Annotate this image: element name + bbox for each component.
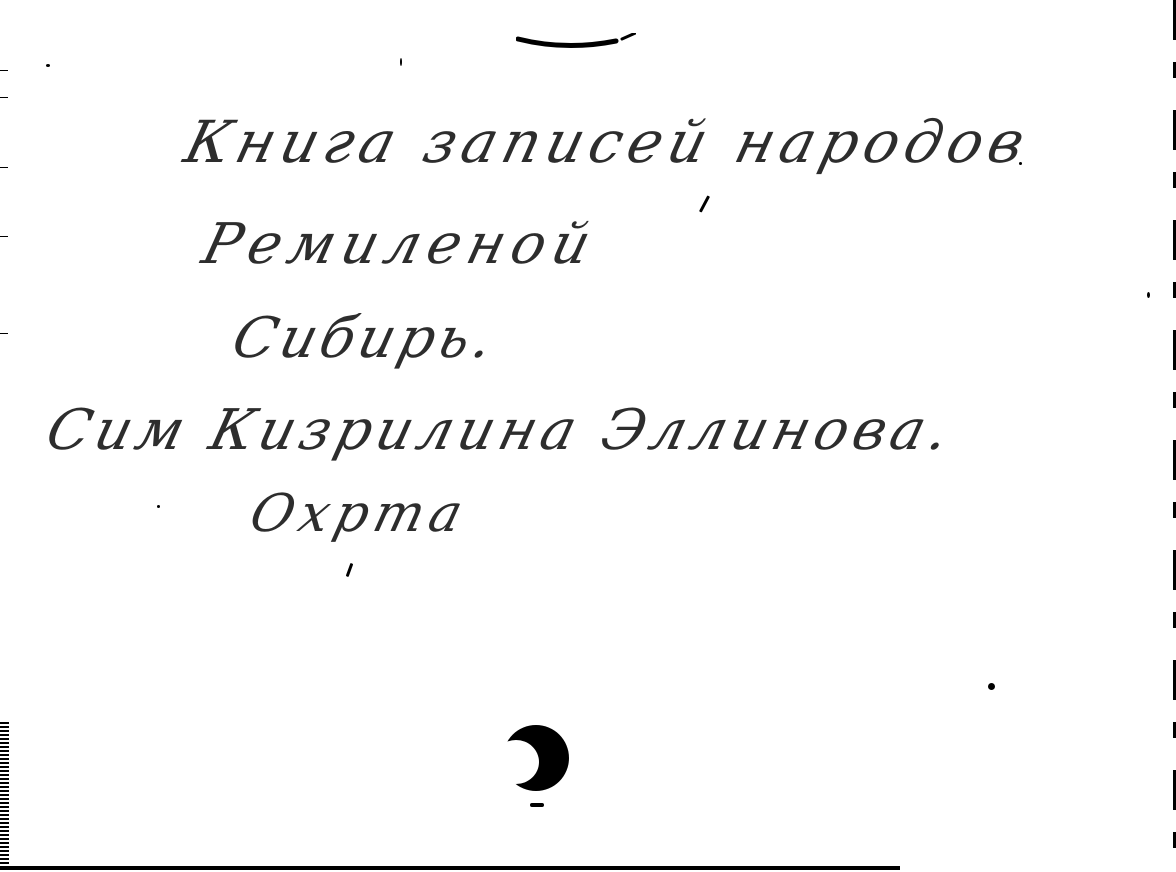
ink-speck: [1019, 162, 1022, 165]
ink-speck: [988, 683, 995, 690]
ink-speck: [1147, 292, 1150, 298]
handwritten-line-4: Сим Кизрилина Эллинова.: [40, 398, 961, 463]
left-edge-tick: [0, 167, 8, 168]
ink-speck: [157, 505, 160, 508]
left-scan-edge: [0, 722, 9, 868]
handwritten-line-2: Ремиленой: [196, 212, 604, 277]
ink-stroke-fragment: [699, 195, 710, 212]
ink-stroke-fragment: [346, 563, 354, 577]
bottom-edge-rule: [0, 866, 900, 870]
ink-speck: [46, 64, 50, 67]
ink-speck: [400, 58, 402, 66]
ink-blot-highlight: [493, 740, 539, 784]
left-edge-tick: [0, 97, 8, 98]
left-edge-tick: [0, 236, 8, 237]
left-edge-tick: [0, 333, 8, 334]
handwritten-line-1: Книга записей народов: [178, 108, 1038, 176]
left-edge-tick: [0, 70, 8, 71]
top-curved-mark: [516, 33, 636, 49]
handwritten-line-5: Охрта: [244, 484, 475, 544]
scanned-document: Книга записей народов Ремиленой Сибирь. …: [0, 0, 1176, 872]
ink-blot-tail: [530, 803, 544, 807]
handwritten-line-3: Сибирь.: [226, 306, 504, 371]
